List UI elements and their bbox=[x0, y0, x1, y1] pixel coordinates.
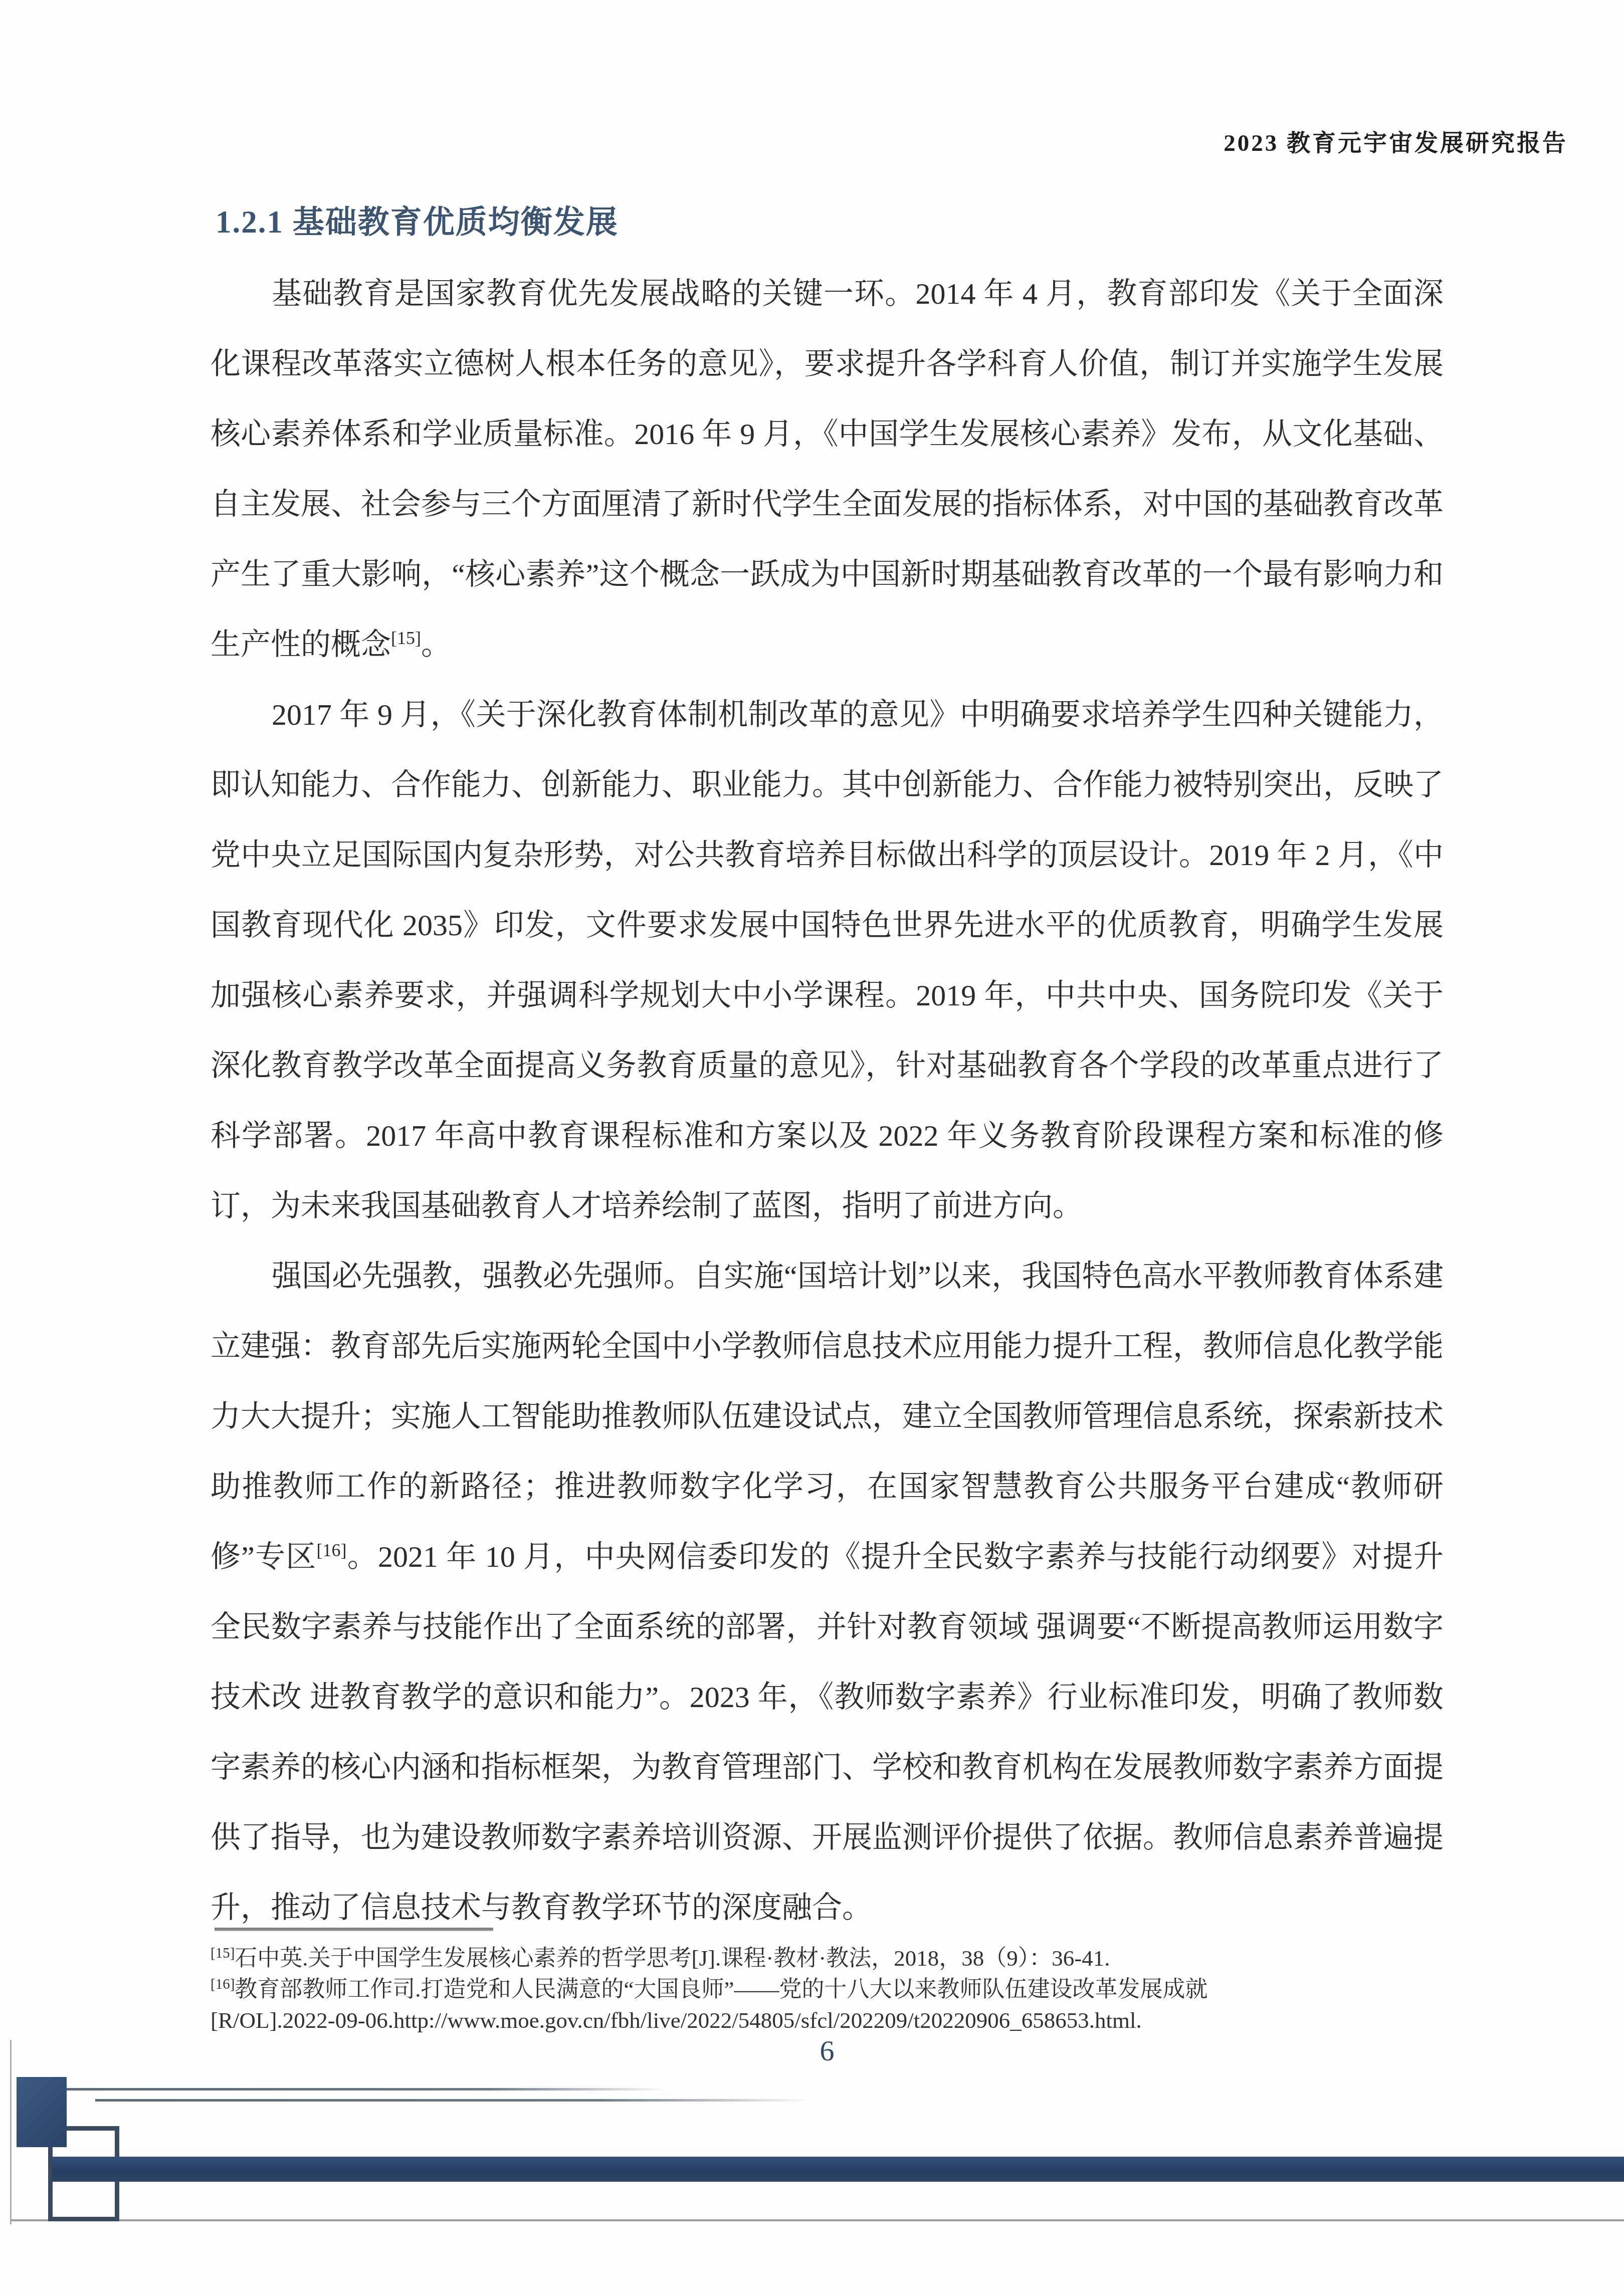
document-page: 2023 教育元宇宙发展研究报告 1.2.1 基础教育优质均衡发展 基础教育是国… bbox=[0, 0, 1624, 2296]
footnote-16-marker: [16] bbox=[211, 1976, 235, 1992]
body-text: 基础教育是国家教育优先发展战略的关键一环。2014 年 4 月，教育部印发《关于… bbox=[211, 259, 1444, 1938]
paragraph-3-text: 强国必先强教，强教必先强师。自实施“国培计划”以来，我国特色高水平教师教育体系建… bbox=[211, 1260, 1444, 1573]
footer-thin-rule-upper bbox=[66, 2088, 668, 2091]
footnote-16-text-line1: 教育部教师工作司.打造党和人民满意的“大国良师”——党的十八大以来教师队伍建设改… bbox=[235, 1977, 1207, 2002]
footer-left-edge-line bbox=[10, 2040, 12, 2224]
paragraph-2-text: 2017 年 9 月，《关于深化教育体制机制改革的意见》中明确要求培养学生四种关… bbox=[211, 698, 1444, 1222]
footer-bottom-rule bbox=[10, 2219, 1624, 2221]
paragraph-1-text: 基础教育是国家教育优先发展战略的关键一环。2014 年 4 月，教育部印发《关于… bbox=[211, 277, 1444, 661]
footer-navy-bar bbox=[52, 2157, 1624, 2182]
paragraph-1-tail: 。 bbox=[421, 628, 451, 661]
section-heading: 1.2.1 基础教育优质均衡发展 bbox=[216, 196, 619, 242]
running-header: 2023 教育元宇宙发展研究报告 bbox=[1224, 124, 1568, 158]
footnote-15: [15]石中英.关于中国学生发展核心素养的哲学思考[J].课程·教材·教法，20… bbox=[211, 1943, 1444, 1974]
footnote-separator-rule bbox=[215, 1928, 493, 1931]
footnote-15-text: 石中英.关于中国学生发展核心素养的哲学思考[J].课程·教材·教法，2018，3… bbox=[235, 1946, 1110, 1971]
footnote-16-text-line2: [R/OL].2022-09-06.http://www.moe.gov.cn/… bbox=[211, 2008, 1142, 2033]
paragraph-3-tail: 。2021 年 10 月，中央网信委印发的《提升全民数字素养与技能行动纲要》对提… bbox=[211, 1540, 1444, 1924]
footer-thin-rule-lower bbox=[95, 2099, 812, 2102]
footnote-16: [16]教育部教师工作司.打造党和人民满意的“大国良师”——党的十八大以来教师队… bbox=[211, 1974, 1444, 2036]
paragraph-2: 2017 年 9 月，《关于深化教育体制机制改革的意见》中明确要求培养学生四种关… bbox=[211, 680, 1444, 1241]
paragraph-3: 强国必先强教，强教必先强师。自实施“国培计划”以来，我国特色高水平教师教育体系建… bbox=[211, 1241, 1444, 1938]
footnotes: [15]石中英.关于中国学生发展核心素养的哲学思考[J].课程·教材·教法，20… bbox=[211, 1943, 1444, 2036]
footer-filled-square bbox=[17, 2077, 67, 2147]
footnote-ref-16: [16] bbox=[317, 1540, 347, 1560]
footnote-15-marker: [15] bbox=[211, 1945, 235, 1961]
page-number: 6 bbox=[211, 2034, 1444, 2067]
paragraph-1: 基础教育是国家教育优先发展战略的关键一环。2014 年 4 月，教育部印发《关于… bbox=[211, 259, 1444, 680]
footnote-ref-15: [15] bbox=[391, 628, 421, 648]
